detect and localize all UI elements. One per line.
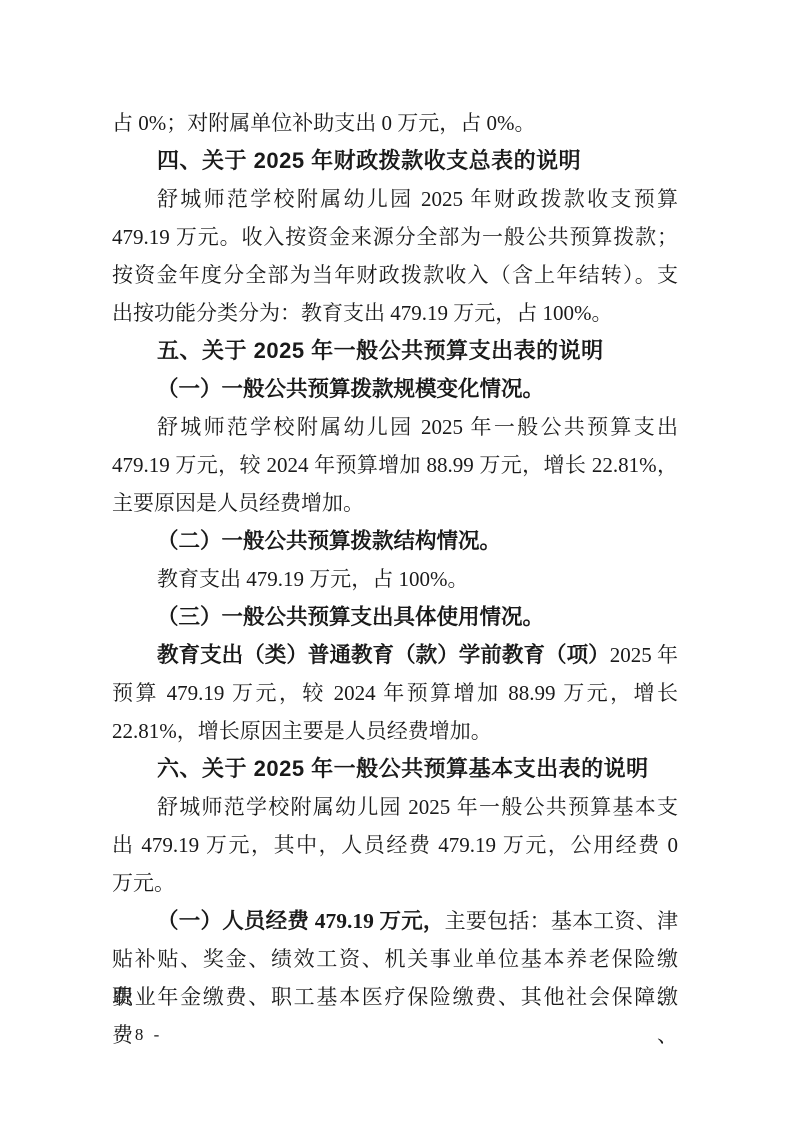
paragraph-line: 职业年金缴费、职工基本医疗保险缴费、其他社会保障缴费、: [112, 978, 678, 1016]
paragraph-line: （一）人员经费 479.19 万元，主要包括：基本工资、津: [112, 902, 678, 940]
paragraph-line: 479.19 万元。收入按资金来源分全部为一般公共预算拨款；: [112, 218, 678, 256]
heading-section-5: 五、关于 2025 年一般公共预算支出表的说明: [112, 332, 678, 370]
page-number: - 8 -: [119, 1016, 162, 1054]
subheading-5-2: （二）一般公共预算拨款结构情况。: [112, 522, 678, 560]
paragraph-line: 出按功能分类分为：教育支出 479.19 万元，占 100%。: [112, 294, 678, 332]
paragraph-line: 舒城师范学校附属幼儿园 2025 年一般公共预算基本支: [112, 788, 678, 826]
paragraph-line: 主要原因是人员经费增加。: [112, 484, 678, 522]
paragraph-line: 万元。: [112, 864, 678, 902]
text-run: 主要包括：基本工资、津: [445, 909, 678, 933]
paragraph-line: 预算 479.19 万元，较 2024 年预算增加 88.99 万元，增长: [112, 674, 678, 712]
bold-run: （一）人员经费 479.19 万元，: [157, 909, 445, 933]
document-page-body: 占 0%；对附属单位补助支出 0 万元，占 0%。 四、关于 2025 年财政拨…: [112, 104, 678, 1016]
heading-section-6: 六、关于 2025 年一般公共预算基本支出表的说明: [112, 750, 678, 788]
paragraph-line: 按资金年度分全部为当年财政拨款收入（含上年结转）。支: [112, 256, 678, 294]
paragraph-line: 舒城师范学校附属幼儿园 2025 年一般公共预算支出: [112, 408, 678, 446]
paragraph-line: 479.19 万元，较 2024 年预算增加 88.99 万元，增长 22.81…: [112, 446, 678, 484]
paragraph-line: 教育支出（类）普通教育（款）学前教育（项）2025 年: [112, 636, 678, 674]
subheading-5-3: （三）一般公共预算支出具体使用情况。: [112, 598, 678, 636]
paragraph-line: 舒城师范学校附属幼儿园 2025 年财政拨款收支预算: [112, 180, 678, 218]
subheading-5-1: （一）一般公共预算拨款规模变化情况。: [112, 370, 678, 408]
paragraph-line: 22.81%，增长原因主要是人员经费增加。: [112, 712, 678, 750]
bold-run: 教育支出（类）普通教育（款）学前教育（项）: [157, 643, 610, 667]
paragraph-line: 教育支出 479.19 万元，占 100%。: [112, 560, 678, 598]
paragraph-line: 贴补贴、奖金、绩效工资、机关事业单位基本养老保险缴费、: [112, 940, 678, 978]
heading-section-4: 四、关于 2025 年财政拨款收支总表的说明: [112, 142, 678, 180]
paragraph-line: 占 0%；对附属单位补助支出 0 万元，占 0%。: [112, 104, 678, 142]
paragraph-line: 出 479.19 万元，其中，人员经费 479.19 万元，公用经费 0: [112, 826, 678, 864]
text-run: 2025 年: [610, 643, 678, 667]
